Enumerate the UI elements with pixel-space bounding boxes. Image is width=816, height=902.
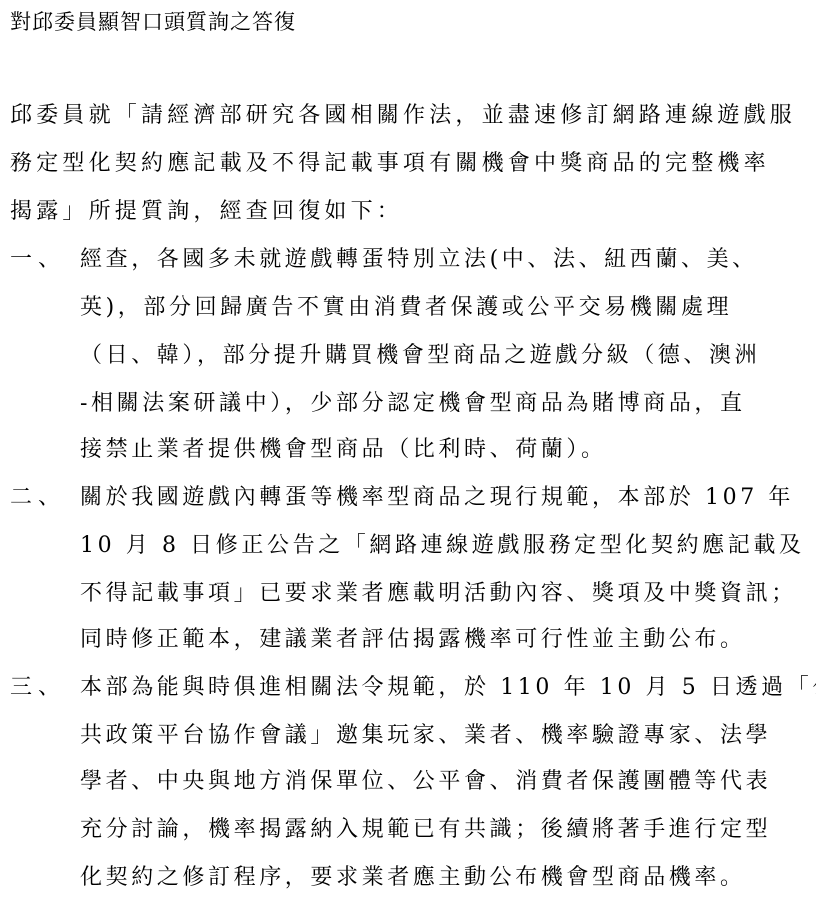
list-marker: 二、 xyxy=(10,482,66,514)
list-line: 英)，部分回歸廣告不實由消費者保護或公平交易機關處理 xyxy=(80,292,732,324)
list-line: 本部為能與時俱進相關法令規範，於 110 年 10 月 5 日透過「公 xyxy=(80,672,816,704)
list-line: 接禁止業者提供機會型商品（比利時、荷蘭）。 xyxy=(80,434,607,466)
list-line: 關於我國遊戲內轉蛋等機率型商品之現行規範，本部於 107 年 xyxy=(80,482,794,514)
list-line: 化契約之修訂程序，要求業者應主動公布機會型商品機率。 xyxy=(80,862,746,894)
list-line: 充分討論，機率揭露納入規範已有共識；後續將著手進行定型 xyxy=(80,814,771,846)
list-marker: 一、 xyxy=(10,244,66,276)
document-title: 對邱委員顯智口頭質詢之答復 xyxy=(10,6,296,38)
list-line: 10 月 8 日修正公告之「網路連線遊戲服務定型化契約應記載及 xyxy=(80,530,805,562)
intro-line: 揭露」所提質詢，經查回復如下： xyxy=(10,196,403,228)
intro-line: 邱委員就「請經濟部研究各國相關作法，並盡速修訂網路連線遊戲服 xyxy=(10,100,796,132)
list-line: 同時修正範本，建議業者評估揭露機率可行性並主動公布。 xyxy=(80,624,746,656)
list-marker: 三、 xyxy=(10,672,66,704)
list-line: -相關法案研議中），少部分認定機會型商品為賭博商品，直 xyxy=(80,388,746,420)
list-line: 學者、中央與地方消保單位、公平會、消費者保護團體等代表 xyxy=(80,766,771,798)
list-line: 經查，各國多未就遊戲轉蛋特別立法(中、法、紐西蘭、美、 xyxy=(80,244,758,276)
list-line: 不得記載事項」已要求業者應載明活動內容、獎項及中獎資訊； xyxy=(80,578,797,610)
list-line: （日、韓），部分提升購買機會型商品之遊戲分級（德、澳洲 xyxy=(80,340,760,372)
intro-line: 務定型化契約應記載及不得記載事項有關機會中獎商品的完整機率 xyxy=(10,148,770,180)
list-line: 共政策平台協作會議」邀集玩家、業者、機率驗證專家、法學 xyxy=(80,720,771,752)
